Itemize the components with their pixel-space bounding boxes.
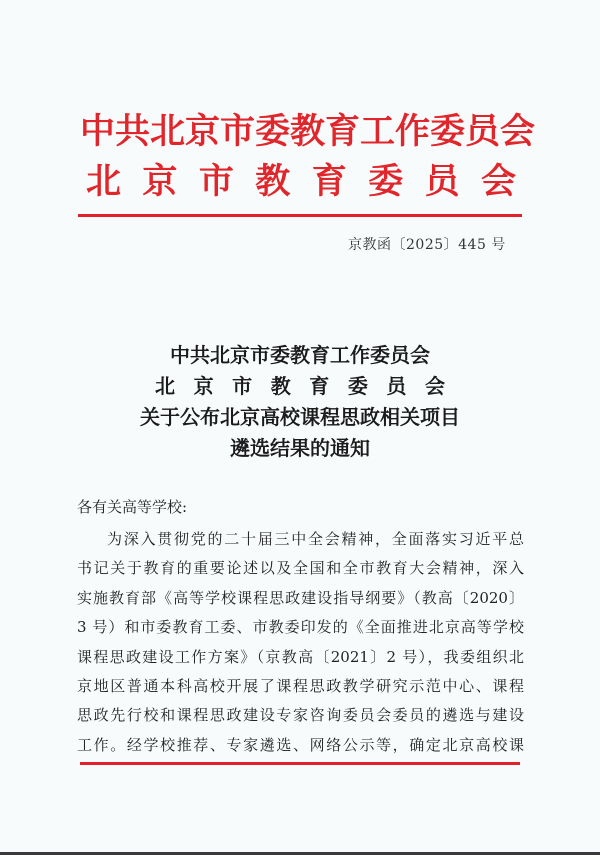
document-title: 中共北京市委教育工作委员会 北 京 市 教 育 委 员 会 关于公布北京高校课程… [80, 340, 520, 464]
title-char: 会 [425, 371, 445, 402]
red-divider-bottom [80, 762, 520, 765]
body-line: 为深入贯彻党的二十届三中全会精神，全面落实习近平总 [77, 525, 524, 554]
masthead-char: 育 [312, 162, 347, 202]
title-char: 育 [309, 371, 329, 402]
body-line: 实施教育部《高等学校课程思政建设指导纲要》（教高〔2020〕 [77, 584, 524, 613]
masthead-char: 教 [255, 162, 290, 202]
body-line: 京地区普通本科高校开展了课程思政教学研究示范中心、课程 [77, 672, 524, 701]
title-char: 委 [348, 371, 368, 402]
body-line: 课程思政建设工作方案》（京教高〔2021〕2 号），我委组织北 [77, 643, 524, 672]
masthead-title-line1: 中共北京市委教育工作委员会 [80, 112, 520, 152]
title-line3: 关于公布北京高校课程思政相关项目 [80, 402, 520, 433]
masthead-char: 京 [142, 162, 177, 202]
body-paragraph: 为深入贯彻党的二十届三中全会精神，全面落实习近平总 书记关于教育的重要论述以及全… [77, 525, 524, 760]
title-char: 员 [386, 371, 406, 402]
salutation: 各有关高等学校: [77, 496, 187, 517]
masthead-char: 北 [86, 162, 121, 202]
masthead-char: 员 [425, 162, 460, 202]
masthead-char: 委 [368, 162, 403, 202]
title-char: 北 [155, 371, 175, 402]
document-page: 中共北京市委教育工作委员会 北 京 市 教 育 委 员 会 京教函〔2025〕4… [0, 0, 600, 852]
title-char: 市 [232, 371, 252, 402]
masthead-char: 会 [481, 162, 516, 202]
title-line2: 北 京 市 教 育 委 员 会 [155, 371, 445, 402]
masthead-char: 市 [199, 162, 234, 202]
body-line: 3 号）和市委教育工委、市教委印发的《全面推进北京高等学校 [77, 613, 524, 642]
masthead-title-line2: 北 京 市 教 育 委 员 会 [86, 162, 516, 202]
red-divider-top [78, 214, 522, 217]
title-line4: 遴选结果的通知 [80, 433, 520, 464]
title-char: 教 [271, 371, 291, 402]
document-number: 京教函〔2025〕445 号 [348, 234, 506, 254]
body-line: 工作。经学校推荐、专家遴选、网络公示等，确定北京高校课 [77, 731, 524, 760]
title-line1: 中共北京市委教育工作委员会 [80, 340, 520, 371]
body-line: 书记关于教育的重要论述以及全国和全市教育大会精神，深入 [77, 554, 524, 583]
body-line: 思政先行校和课程思政建设专家咨询委员会委员的遴选与建设 [77, 701, 524, 730]
title-char: 京 [194, 371, 214, 402]
